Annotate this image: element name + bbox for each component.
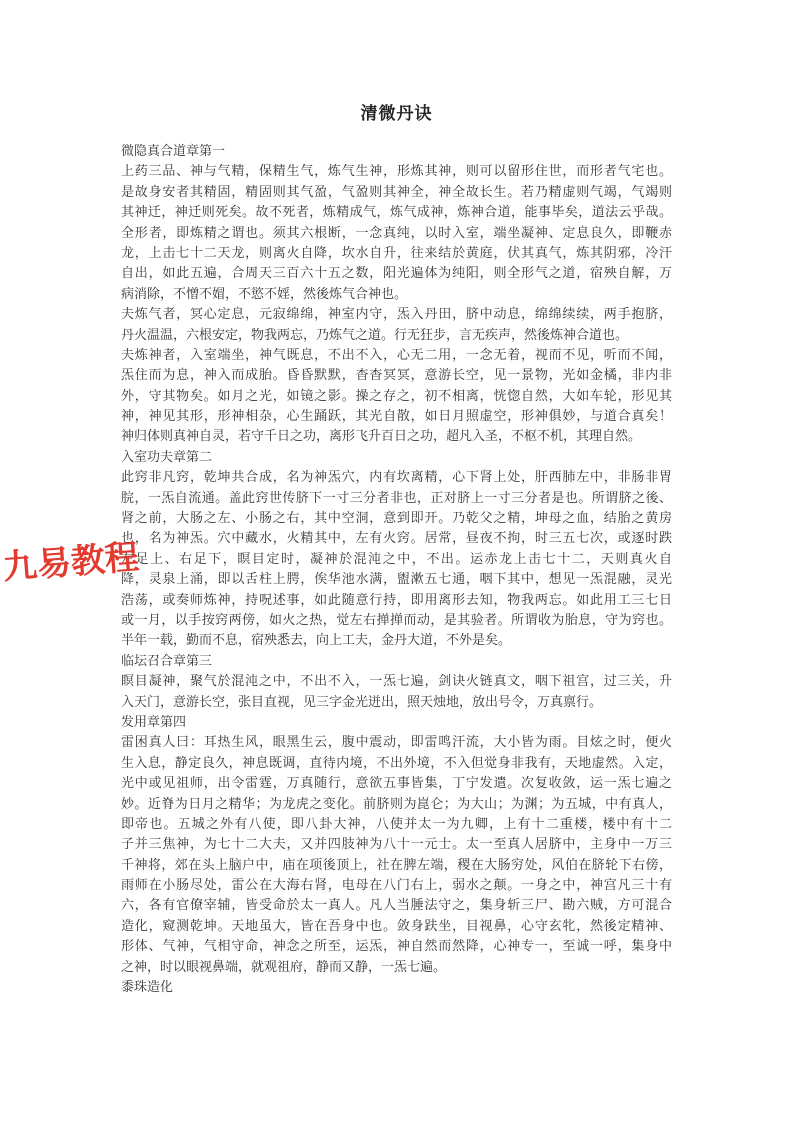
text-line: 光中或见祖师，出令雷霆，万真随行，意欲五事皆集，丁宁发遣。次复收敛，运一炁七遍之: [121, 773, 672, 793]
text-line: 龙，上击七十二天龙，则离火自降，坎水自升，往来结於黄庭，伏其真气，炼其阴邪，冷汗: [121, 243, 672, 263]
text-line: 夫炼神者，入室端坐，神气既息，不出不入，心无二用，一念无着，视而不见，听而不闻，: [121, 345, 672, 365]
document-page: 清微丹诀 微隐真合道章第一 上药三品、神与气精，保精生气，炼气生神，形炼其神，则…: [0, 0, 793, 1123]
text-line: 也，名为神炁。穴中藏水，火精其中，左有火窍。居常，昼夜不拘，时三五七次，或逐时跌: [121, 528, 672, 548]
text-line: 千神将，郊在头上脑户中，庙在项後顶上，社在脾左端，稷在大肠穷处，风伯在脐轮下右傍…: [121, 855, 672, 875]
text-line: 雷困真人曰：耳热生风，眼黑生云，腹中震动，即雷鸣汗流，大小皆为雨。目炫之时，便火: [121, 732, 672, 752]
text-line: 浩荡，或奏师炼神，持呪述事，如此随意行持，即用离形去知，物我两忘。如此用工三七日: [121, 590, 672, 610]
text-line: 是故身安者其精固，精固则其气盈，气盈则其神全，神全故长生。若乃精虚则气竭，气竭则: [121, 182, 672, 202]
text-line: 丹火温温，六根安定，物我两忘，乃炼气之道。行无狂步，言无疾声，然後炼神合道也。: [121, 325, 672, 345]
text-line: 全形者，即炼精之谓也。须其六根断，一念真纯，以时入室，端坐凝神、定息良久，即鞭赤: [121, 223, 672, 243]
text-line: 形体、气神，气相守命，神念之所至，运炁，神自然而然降，心神专一，至诚一呼，集身中: [121, 936, 672, 956]
text-line: 瞑目凝神，聚气於混沌之中，不出不入，一炁七遍，剑诀火链真文，咽下祖宫，过三关，升: [121, 671, 672, 691]
document-title: 清微丹诀: [121, 99, 672, 124]
text-line: 外，守其物矣。如月之光，如镜之影。操之存之，初不相离，恍惚自然，大如车轮，形见其: [121, 386, 672, 406]
section-heading: 微隐真合道章第一: [121, 141, 672, 161]
text-line: 神，神见其形，形神相杂，心生踊跃，其光自散，如日月照虚空，形神俱妙，与道合真矣！: [121, 406, 672, 426]
text-line: 造化，窥测乾坤。天地虽大，皆在吾身中也。敛身趺坐，目视鼻，心守玄牝，然後定精神、: [121, 916, 672, 936]
text-line: 其神迁，神迁则死矣。故不死者，炼精成气，炼气成神，炼神合道，能事毕矣，道法云乎哉…: [121, 202, 672, 222]
text-line: 或一月，以手按窍两傍，如火之热，觉左右掸掸而动，是其验者。所谓收为胎息，守为窍也…: [121, 610, 672, 630]
text-line: 上药三品、神与气精，保精生气，炼气生神，形炼其神，则可以留形住世，而形者气宅也。: [121, 161, 672, 181]
watermark-text: 九易教程: [1, 529, 140, 589]
text-line: 夫炼气者，冥心定息，元寂绵绵，神室内守，炁入丹田，脐中动息，绵绵续续，两手抱脐，: [121, 304, 672, 324]
text-line: 妙。近脊为日月之精华；为龙虎之变化。前脐则为崑仑；为大山；为渊；为五城，中有真人…: [121, 794, 672, 814]
text-line: 子并三焦神，为七十二大夫，又并四肢神为八十一元士。太一至真人居脐中，主身中一万三: [121, 834, 672, 854]
text-line: 脘，一炁自流通。盖此窍世传脐下一寸三分者非也，正对脐上一寸三分者是也。所谓脐之後…: [121, 488, 672, 508]
text-line: 肾之前，大肠之左、小肠之右，其中空洞，意到即开。乃乾父之精，坤母之血，结胎之黄房: [121, 508, 672, 528]
text-line: 神归体则真神自灵，若守千日之功，离形飞升百日之功，超凡入圣，不枢不机，其理自然。: [121, 426, 672, 446]
section-heading: 临坛召合章第三: [121, 651, 672, 671]
text-line: 半年一载，勤而不息，宿殃悉去，向上工夫，金丹大道，不外是矣。: [121, 630, 672, 650]
text-line: 即帝也。五城之外有八使，即八卦大神，八使并太一为九卿，上有十二重楼，楼中有十二: [121, 814, 672, 834]
text-line: 病消除，不憎不媢，不慾不婬，然後炼气合神也。: [121, 284, 672, 304]
section-heading: 入室功夫章第二: [121, 447, 672, 467]
text-line: 入天门，意游长空，张目直视，见三字金光迸出，照天烛地，放出号令，万真禀行。: [121, 692, 672, 712]
text-line: 炁住而为息，神入而成胎。昏昏默默，杳杳冥冥，意游长空，见一景物，光如金橘，非内非: [121, 365, 672, 385]
text-line: 雨师在小肠尽处，雷公在大海右肾，电母在八门右上，弱水之颠。一身之中，神宫凡三十有: [121, 875, 672, 895]
text-column: 微隐真合道章第一 上药三品、神与气精，保精生气，炼气生神，形炼其神，则可以留形住…: [121, 141, 672, 997]
text-line: 生入息，静定良久，神息既调，直待内境，不出外境，不入但觉身非我有，天地虚然。入定…: [121, 753, 672, 773]
section-heading: 发用章第四: [121, 712, 672, 732]
text-line: 降，灵泉上涌，即以舌柱上腭，俟华池水满，盥漱五七通，咽下其中，想见一炁混融，灵光: [121, 569, 672, 589]
text-line: 左足上、右足下，瞑目定时，凝神於混沌之中，不出。运赤龙上击七十二，天则真火自: [121, 549, 672, 569]
text-line: 自出，如此五遍，合周天三百六十五之数，阳光遍体为纯阳，则全形气之道，宿殃自解，万: [121, 263, 672, 283]
text-line: 此窍非凡窍，乾坤共合成，名为神炁穴，内有坎离精，心下肾上处，肝西肺左中，非肠非胃: [121, 467, 672, 487]
text-line: 之神，时以眼视鼻端，就观祖府，静而又静，一炁七遍。: [121, 957, 672, 977]
section-heading: 黍珠造化: [121, 977, 672, 997]
text-line: 六，各有官僚宰辅，皆受命於太一真人。凡人当腄法守之，集身斩三尸、勘六贼，方可混合: [121, 895, 672, 915]
